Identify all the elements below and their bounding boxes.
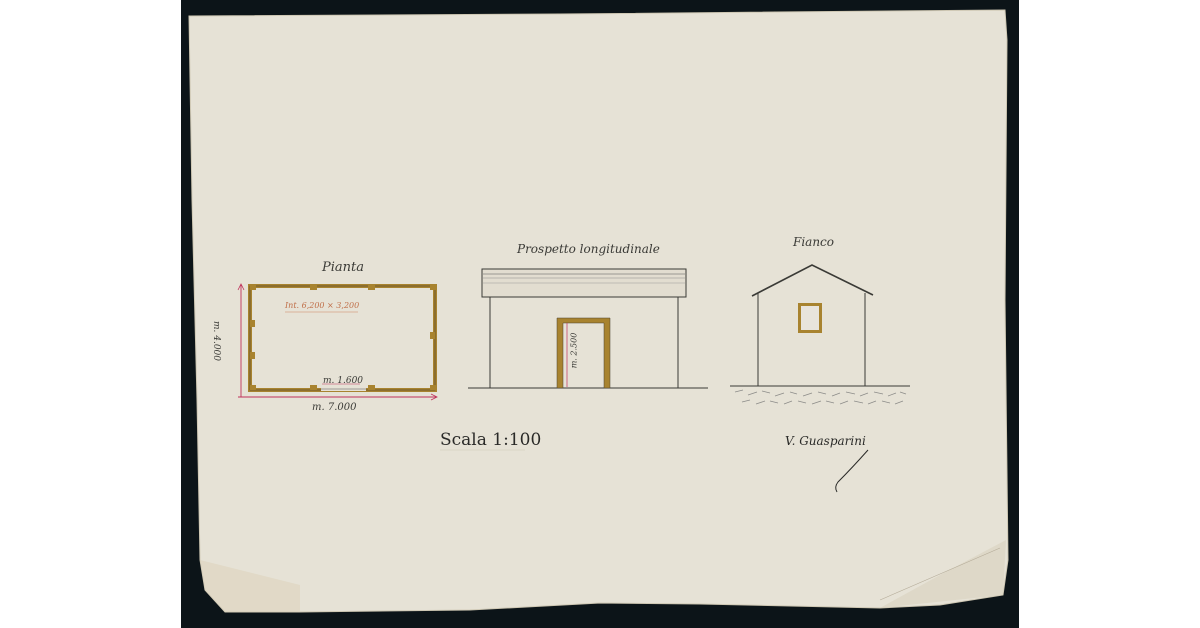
plan-depth-dimension: m. 4.000 [211,321,221,361]
signature: V. Guasparini [785,434,866,448]
plan-opening-dimension: m. 1.600 [323,376,363,386]
plan-width-dimension: m. 7.000 [312,402,356,413]
elevation-title: Prospetto longitudinale [517,242,660,256]
paper-sheet [0,0,1200,628]
scale-label: Scala 1:100 [440,430,541,450]
plan-title: Pianta [322,260,364,275]
plan-room-label: Int. 6,200 × 3,200 [285,301,359,310]
side-title: Fianco [793,235,834,249]
door-height-dimension: m. 2.500 [569,333,578,369]
